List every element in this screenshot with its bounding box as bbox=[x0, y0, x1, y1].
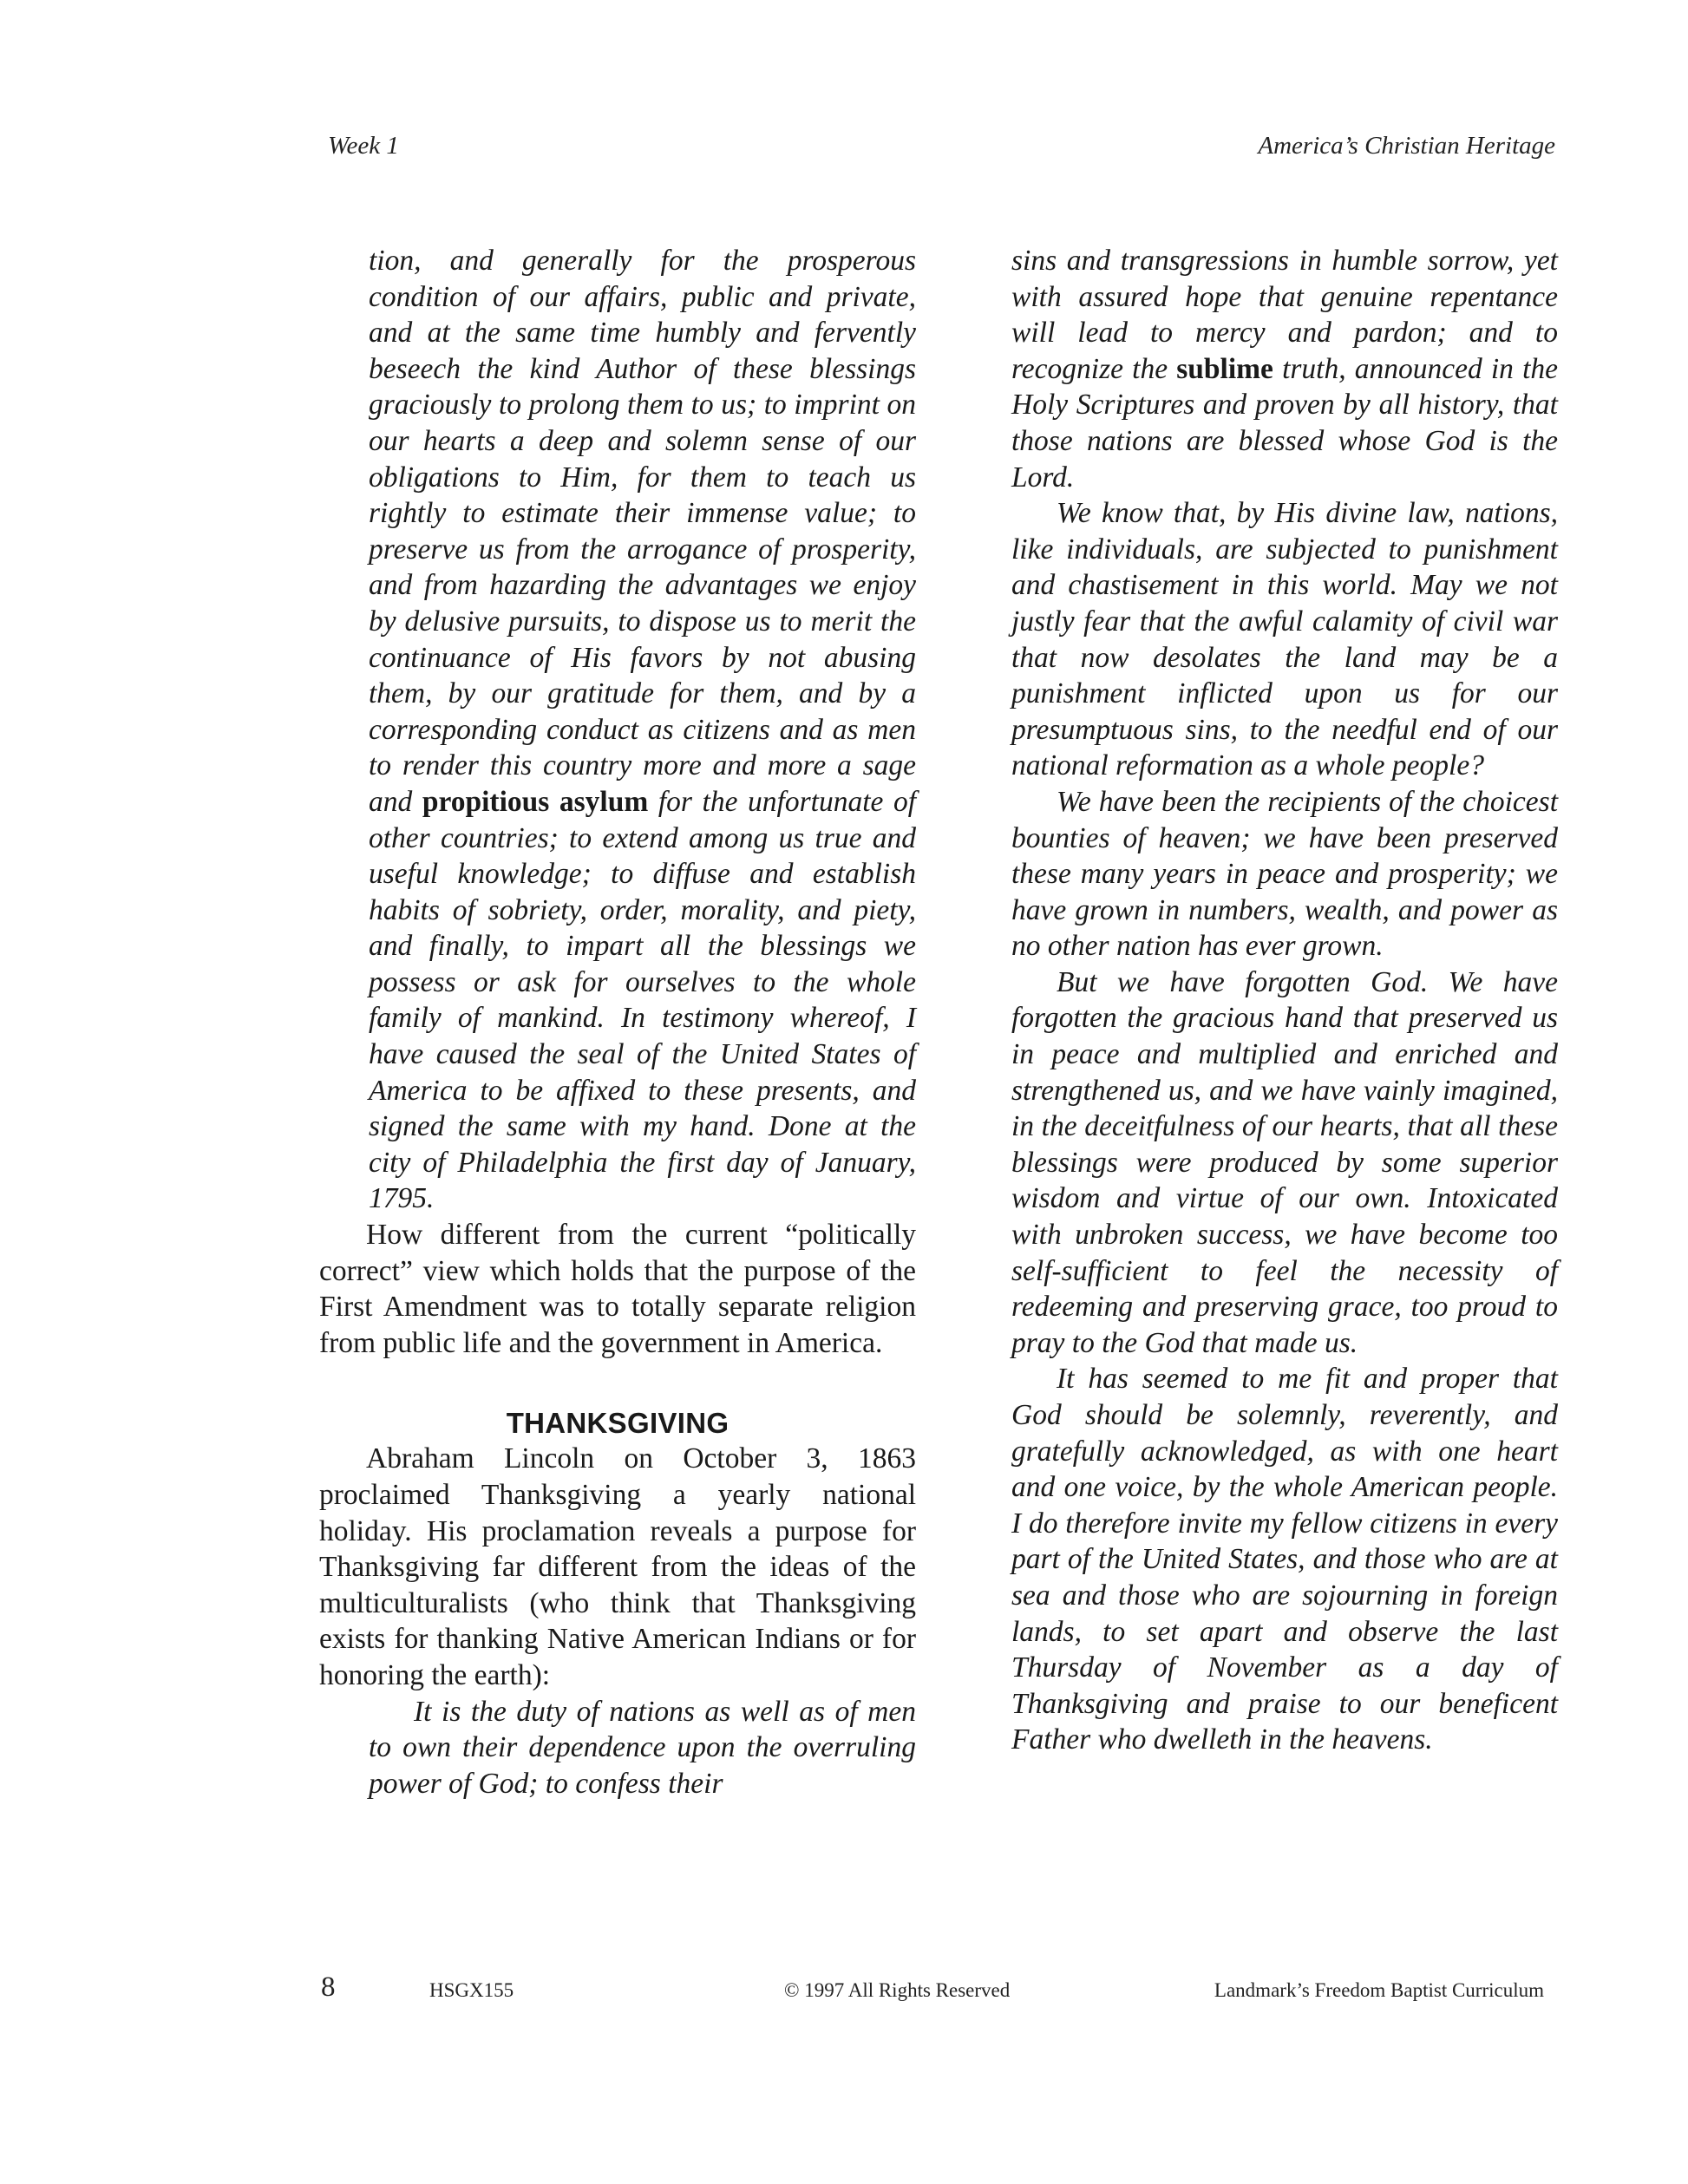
emphasis-propitious-asylum: propitious asylum bbox=[422, 786, 648, 818]
lincoln-proclamation-paragraph: sins and transgressions in humble sorrow… bbox=[1011, 243, 1558, 495]
thanksgiving-intro-paragraph: Abraham Lincoln on October 3, 1863 procl… bbox=[319, 1441, 916, 1693]
quote-text: tion, and generally for the prosperous c… bbox=[369, 245, 916, 818]
lincoln-proclamation-paragraph: It has seemed to me fit and proper that … bbox=[1011, 1361, 1558, 1758]
lincoln-proclamation-paragraph: But we have forgotten God. We have forgo… bbox=[1011, 964, 1558, 1362]
emphasis-sublime: sublime bbox=[1176, 353, 1273, 385]
copyright-notice: © 1997 All Rights Reserved bbox=[784, 1978, 1010, 2004]
left-column: tion, and generally for the prosperous c… bbox=[319, 243, 916, 1801]
commentary-paragraph: How different from the current “politica… bbox=[319, 1217, 916, 1361]
course-code: HSGX155 bbox=[429, 1978, 514, 2004]
page-number: 8 bbox=[321, 1974, 336, 2000]
lincoln-proclamation-paragraph: We know that, by His divine law, nations… bbox=[1011, 495, 1558, 784]
lincoln-proclamation-paragraph: We have been the recipients of the choic… bbox=[1011, 784, 1558, 964]
right-column: sins and transgressions in humble sorrow… bbox=[1011, 243, 1558, 1758]
quote-text: for the unfortunate of other countries; … bbox=[369, 786, 916, 1215]
running-header-book-title: America’s Christian Heritage bbox=[1258, 130, 1555, 161]
washington-proclamation-continuation: tion, and generally for the prosperous c… bbox=[369, 243, 916, 1217]
publisher-name: Landmark’s Freedom Baptist Curriculum bbox=[1214, 1978, 1544, 2004]
running-header-week: Week 1 bbox=[328, 130, 399, 161]
section-heading-thanksgiving: THANKSGIVING bbox=[319, 1406, 916, 1441]
lincoln-proclamation-start: It is the duty of nations as well as of … bbox=[369, 1694, 916, 1802]
